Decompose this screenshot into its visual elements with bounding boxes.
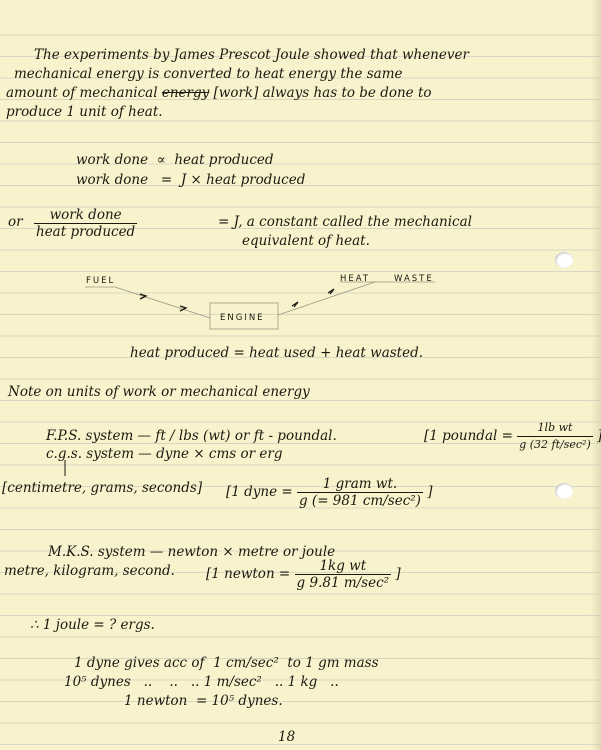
conversion-line-2: 10⁵ dynes .. .. .. 1 m/sec² .. 1 kg .. xyxy=(64,674,339,690)
newton-definition: [1 newton = 1kg wt g 9.81 m/sec² ] xyxy=(206,558,401,591)
newton-close: ] xyxy=(395,566,400,582)
newton-numerator: 1kg wt xyxy=(295,558,392,575)
cgs-expansion: [centimetre, grams, seconds] xyxy=(2,480,202,496)
mks-expansion: metre, kilogram, second. xyxy=(4,563,175,579)
dyne-numerator: 1 gram wt. xyxy=(297,476,423,493)
dyne-close: ] xyxy=(427,484,432,500)
newton-lhs: [1 newton = xyxy=(206,566,290,582)
cgs-pointer-line xyxy=(0,0,601,750)
joule-question: ∴ 1 joule = ? ergs. xyxy=(30,617,155,633)
dyne-definition: [1 dyne = 1 gram wt. g (= 981 cm/sec²) ] xyxy=(226,476,433,509)
dyne-denominator: g (= 981 cm/sec²) xyxy=(297,493,423,509)
notebook-page: The experiments by James Prescot Joule s… xyxy=(0,0,601,750)
dyne-lhs: [1 dyne = xyxy=(226,484,293,500)
newton-denominator: g 9.81 m/sec² xyxy=(295,575,392,591)
page-number: 18 xyxy=(278,729,295,745)
conversion-line-3: 1 newton = 10⁵ dynes. xyxy=(124,693,283,709)
conversion-line-1: 1 dyne gives acc of 1 cm/sec² to 1 gm ma… xyxy=(74,655,379,671)
